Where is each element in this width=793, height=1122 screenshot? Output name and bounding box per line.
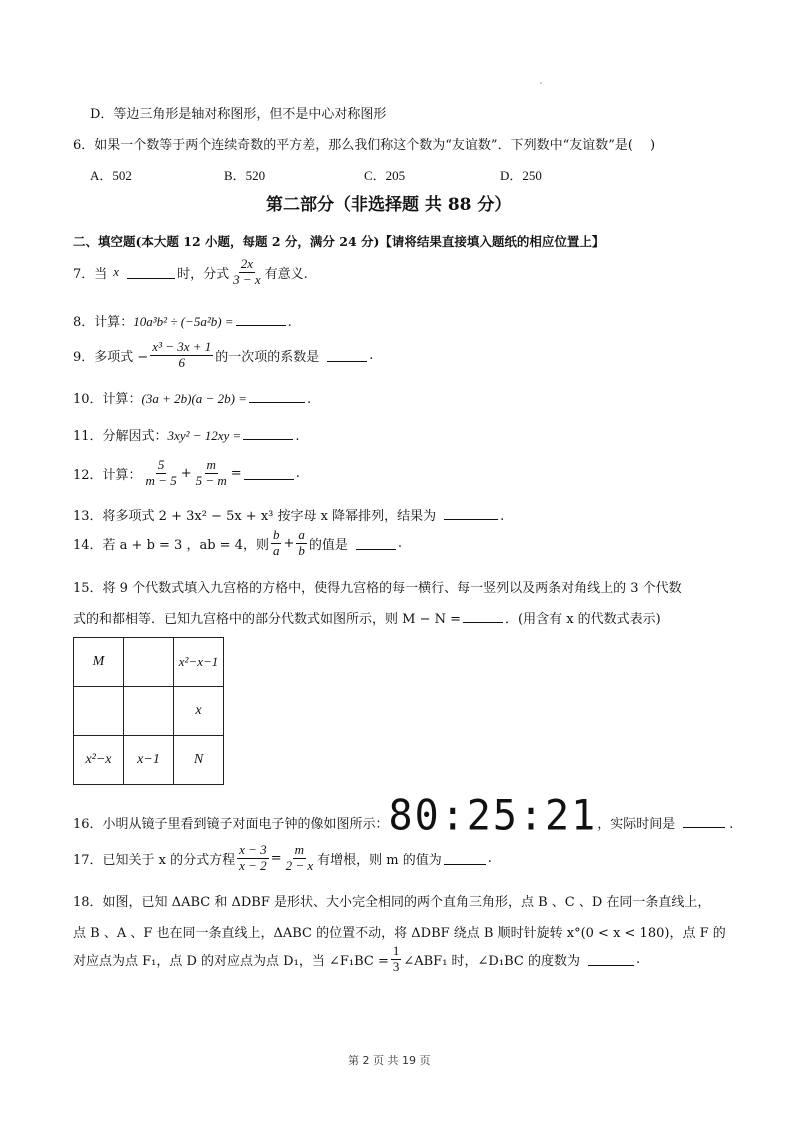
grid-cell: x−1 (124, 736, 174, 785)
q18-line1: 18．如图，已知 ΔABC 和 ΔDBF 是形状、大小完全相同的两个直角三角形，… (73, 891, 710, 910)
q7-answer-blank[interactable] (127, 266, 175, 279)
q6-option-a: A．502 (90, 165, 132, 184)
part2-title: 第二部分（非选择题 共 88 分） (266, 190, 511, 215)
magic-square-grid: M x²−x−1 x x²−x x−1 N (73, 637, 224, 785)
q8-answer-blank[interactable] (236, 313, 286, 326)
scan-artifact (540, 82, 542, 84)
grid-cell: x (174, 687, 224, 736)
q12-answer-blank[interactable] (244, 467, 294, 480)
q14-answer-blank[interactable] (356, 537, 396, 550)
q17: 17．已知关于 x 的分式方程 x − 3x − 2 = m2 − x 有增根，… (73, 843, 492, 874)
q15-answer-blank[interactable] (463, 610, 503, 623)
q11: 11．分解因式：3xy² − 12xy =. (73, 425, 299, 444)
grid-cell (124, 638, 174, 687)
q14: 14．若 a + b = 3 ，ab = 4，则 ba + ab 的值是 . (73, 528, 402, 559)
q6-option-b: B．520 (224, 165, 265, 184)
q7-pre: 7．当 (73, 263, 107, 282)
q10-answer-blank[interactable] (249, 390, 305, 403)
grid-cell: x²−x−1 (174, 638, 224, 687)
section2-header: 二、填空题(本大题 12 小题，每题 2 分，满分 24 分)【请将结果直接填入… (73, 232, 604, 250)
q9-fraction: x³ − 3x + 1 6 (150, 340, 213, 371)
q15-line1: 15．将 9 个代数式填入九宫格的方格中，使得九宫格的每一横行、每一竖列以及两条… (73, 577, 682, 596)
q18-line3: 对应点为点 F₁，点 D 的对应点为点 D₁，当 ∠F₁BC = 13 ∠ABF… (73, 944, 640, 975)
q10: 10．计算：(3a + 2b)(a − 2b) =. (73, 388, 311, 407)
q13-answer-blank[interactable] (444, 507, 498, 520)
q8: 8．计算：10a³b² ÷ (−5a²b) =. (73, 311, 292, 330)
q7-var: x (113, 264, 119, 280)
q7-post: 有意义. (265, 263, 308, 282)
grid-cell: N (174, 736, 224, 785)
page-footer: 第 2 页 共 19 页 (348, 1052, 430, 1068)
q7: 7．当 x 时，分式 2x 3 − x 有意义. (73, 257, 308, 288)
q7-mid: 时，分式 (177, 263, 229, 282)
q17-answer-blank[interactable] (444, 852, 486, 865)
q9-answer-blank[interactable] (327, 349, 367, 362)
grid-cell (74, 687, 124, 736)
q6-text: 6．如果一个数等于两个连续奇数的平方差，那么我们称这个数为“友谊数”．下列数中“… (73, 134, 655, 153)
grid-cell: M (74, 638, 124, 687)
q16-answer-blank[interactable] (683, 815, 725, 828)
q18-answer-blank[interactable] (588, 953, 634, 966)
q11-answer-blank[interactable] (243, 427, 293, 440)
q18-line2: 点 B 、A 、F 也在同一条直线上，ΔABC 的位置不动，将 ΔDBF 绕点 … (73, 922, 726, 941)
q8-expr: 10a³b² ÷ (−5a²b) = (133, 314, 233, 329)
grid-cell: x²−x (74, 736, 124, 785)
grid-cell (124, 687, 174, 736)
q12: 12．计算： 5m − 5 + m5 − m = . (73, 458, 300, 489)
q6-option-d: D．250 (500, 165, 542, 184)
q13: 13．将多项式 2 + 3x² − 5x + x³ 按字母 x 降幂排列，结果为… (73, 505, 504, 524)
q5-option-d: D．等边三角形是轴对称图形，但不是中心对称图形 (90, 103, 386, 122)
q6-option-c: C．205 (364, 165, 405, 184)
mirrored-digital-clock: 80:25:21 (389, 796, 598, 836)
q16: 16．小明从镜子里看到镜子对面电子钟的像如图所示： 80:25:21 ，实际时间… (73, 796, 733, 836)
q15-line2: 式的和都相等．已知九宫格中的部分代数式如图所示，则 M − N =．(用含有 x… (73, 608, 661, 627)
q7-fraction: 2x 3 − x (231, 257, 263, 288)
q9: 9．多项式 − x³ − 3x + 1 6 的一次项的系数是 . (73, 340, 373, 371)
